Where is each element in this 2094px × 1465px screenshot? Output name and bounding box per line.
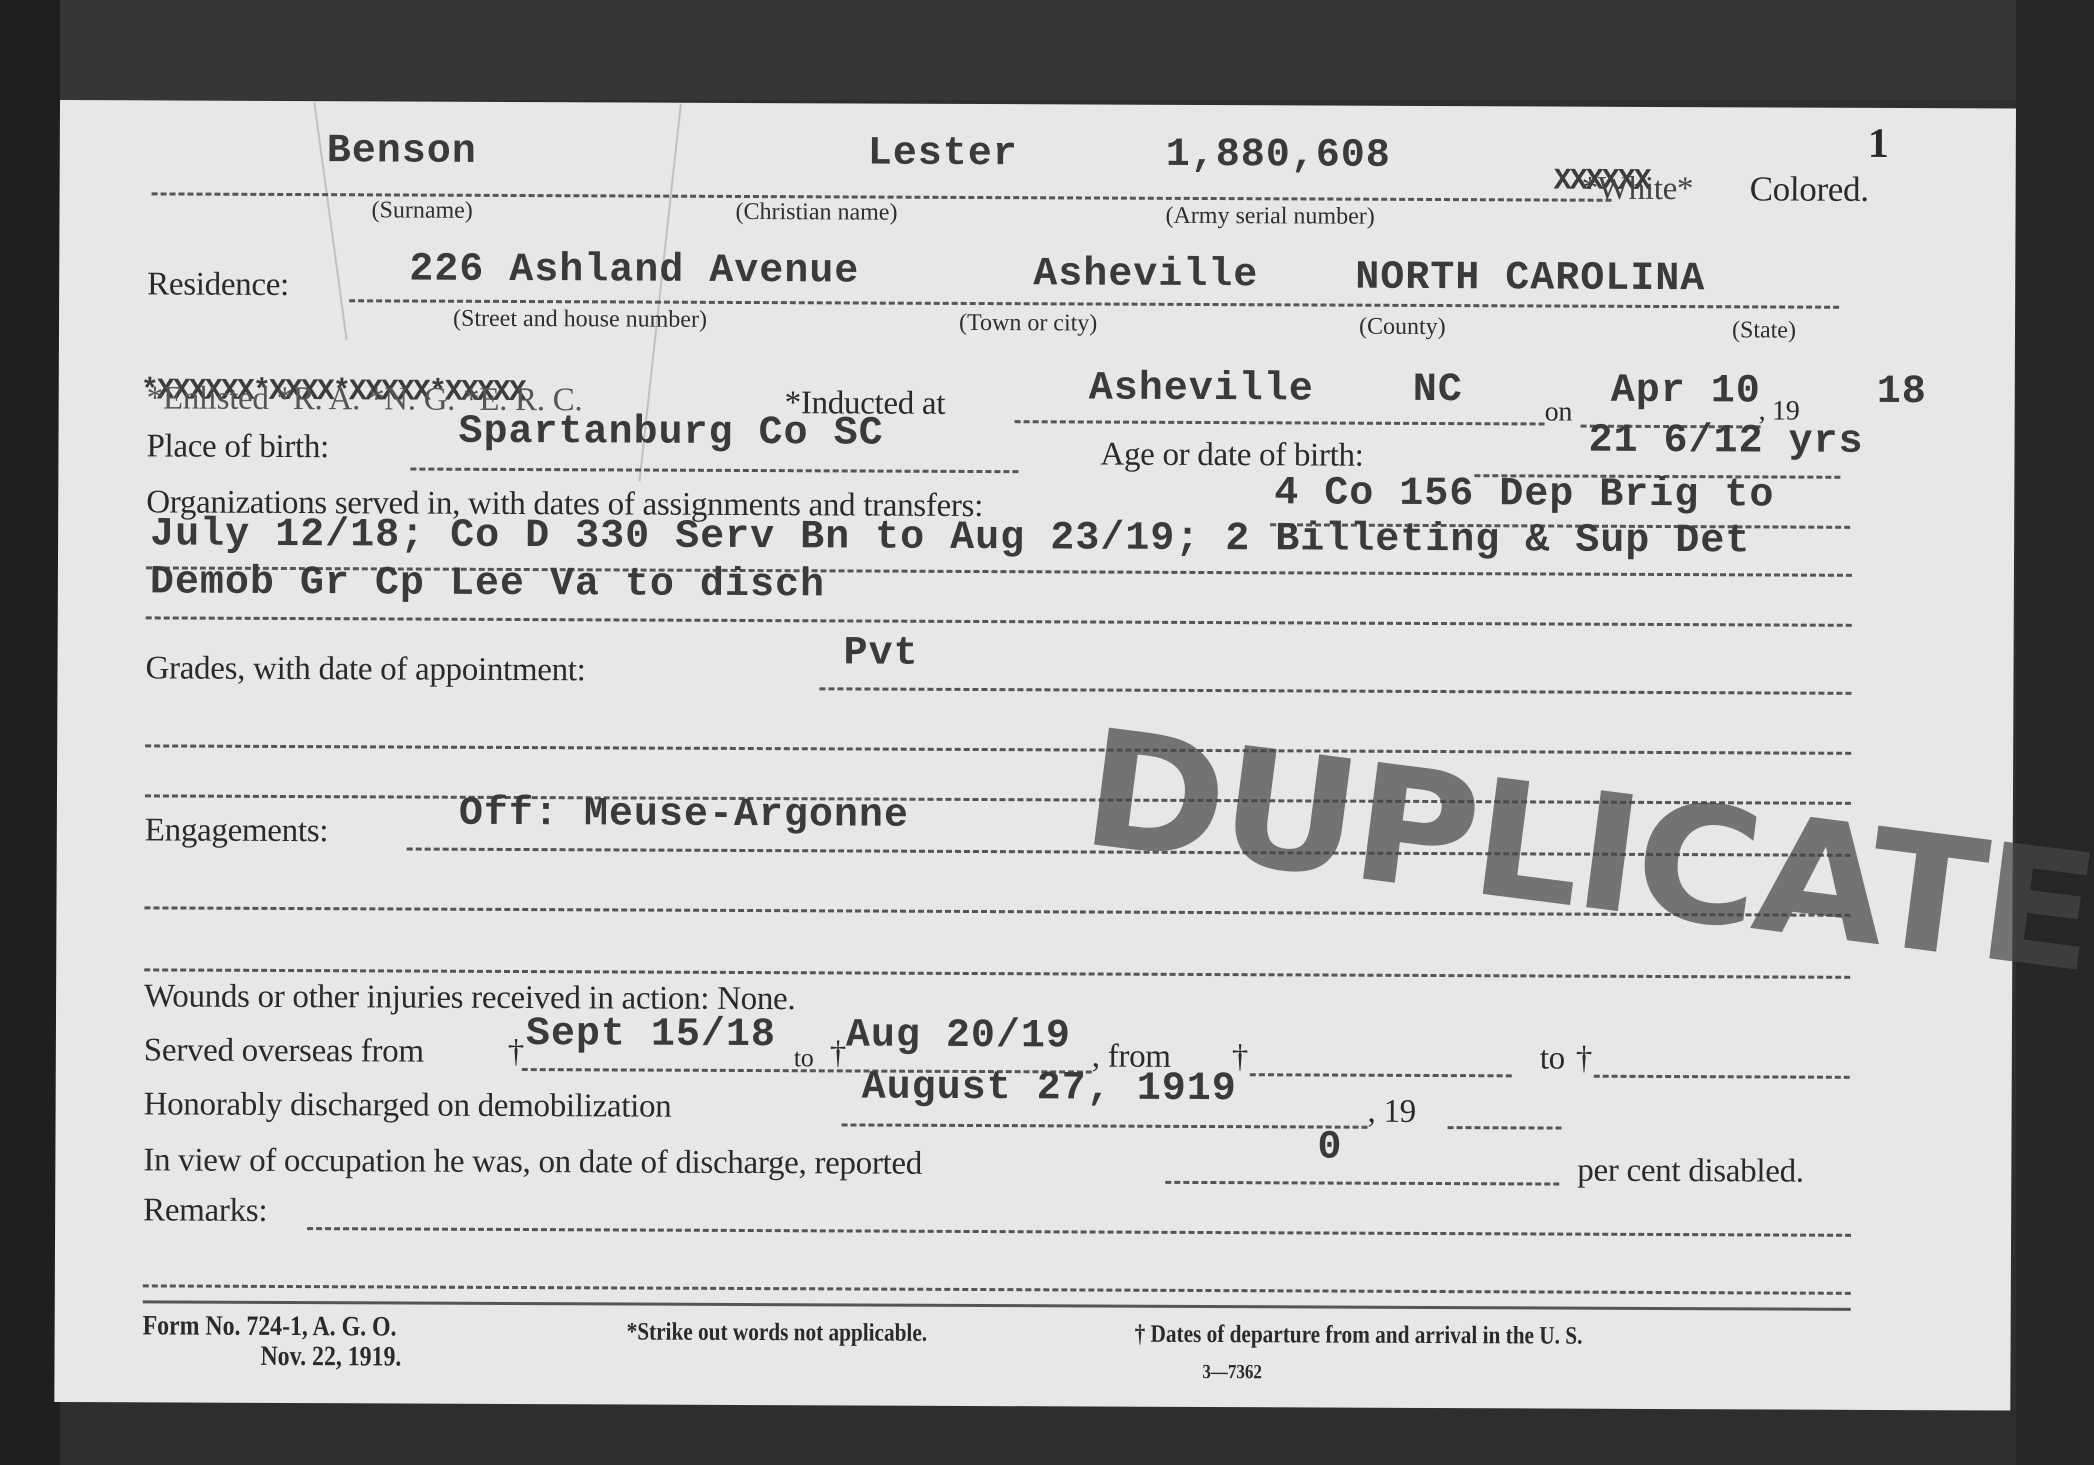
disability-value: 0 (1317, 1125, 1342, 1170)
disability-label: In view of occupation he was, on date of… (143, 1142, 922, 1182)
inducted-place-value: Asheville (1089, 366, 1314, 412)
street-sublabel: (Street and house number) (453, 306, 707, 334)
duplicate-stamp: DUPLICATE (1074, 695, 2094, 1010)
residence-town-value: Asheville (1033, 252, 1258, 298)
served-overseas-label: Served overseas from (144, 1032, 424, 1070)
inducted-at-line (1015, 420, 1545, 425)
discharge-label: Honorably discharged on demobilization (144, 1086, 672, 1125)
engagements-value: Off: Meuse-Argonne (459, 792, 909, 839)
remarks-label: Remarks: (143, 1192, 267, 1230)
overseas-from2-line (1250, 1073, 1512, 1077)
footer-rule (143, 1300, 1851, 1310)
place-of-birth-line (410, 468, 1018, 474)
overseas-to2-label: to (1540, 1040, 1565, 1077)
county-sublabel: (County) (1359, 314, 1446, 341)
organizations-line1-value: 4 Co 156 Dep Brig to (1274, 471, 1774, 518)
discharge-year-suffix: , 19 (1368, 1094, 1416, 1131)
induction-year-value: 18 (1877, 370, 1927, 415)
dagger-mark: † (508, 1034, 524, 1071)
grades-label: Grades, with date of appointment: (145, 650, 585, 689)
residence-county-value: NORTH CAROLINA (1355, 256, 1705, 303)
organizations-line3-value: Demob Gr Cp Lee Va to disch (150, 560, 825, 608)
place-of-birth-value: Spartanburg Co SC (458, 410, 883, 457)
overseas-to-label: to (794, 1043, 814, 1073)
print-code: 3—7362 (1202, 1361, 1262, 1384)
overseas-to-value: Aug 20/19 (846, 1013, 1071, 1059)
on-label: on (1545, 396, 1573, 428)
form-date: Nov. 22, 1919. (260, 1341, 401, 1374)
engagements-line-blank (144, 968, 1850, 978)
army-serial-number-value: 1,880,608 (1166, 133, 1391, 179)
army-serial-number-label: (Army serial number) (1165, 203, 1374, 231)
place-of-birth-label: Place of birth: (146, 428, 329, 466)
engagements-label: Engagements: (145, 812, 329, 850)
card-number: 1 (1868, 120, 1889, 168)
grades-value: Pvt (843, 631, 918, 676)
form-number: Form No. 724-1, A. G. O. (143, 1310, 397, 1343)
scan-background-left (0, 0, 60, 1465)
inducted-state-value: NC (1413, 368, 1463, 413)
christian-name-value: Lester (868, 132, 1018, 178)
race-white-struck: *White* (1582, 171, 1694, 208)
discharge-date-line (842, 1123, 1368, 1128)
residence-street-value: 226 Ashland Avenue (409, 248, 859, 295)
age-label: Age or date of birth: (1100, 437, 1363, 475)
scan-background-top (60, 0, 2016, 100)
disability-line (1165, 1181, 1559, 1186)
disability-suffix: per cent disabled. (1577, 1153, 1804, 1191)
residence-label: Residence: (147, 266, 289, 304)
strike-out-note: *Strike out words not applicable. (627, 1318, 928, 1347)
age-value: 21 6/12 yrs (1588, 419, 1863, 465)
remarks-line-blank (143, 1284, 1851, 1294)
state-sublabel: (State) (1732, 317, 1796, 344)
town-sublabel: (Town or city) (959, 310, 1097, 338)
overseas-to2-line (1594, 1075, 1850, 1079)
organizations-line2-value: July 12/18; Co D 330 Serv Bn to Aug 23/1… (150, 512, 1750, 564)
grades-line (819, 687, 1851, 695)
dates-note: † Dates of departure from and arrival in… (1135, 1321, 1583, 1351)
scan-background-right (2016, 0, 2094, 1465)
discharge-year-line (1448, 1126, 1562, 1129)
surname-value: Benson (327, 129, 477, 175)
christian-name-label: (Christian name) (735, 199, 897, 227)
remarks-line (307, 1227, 1851, 1237)
dagger-mark: † (830, 1035, 846, 1072)
race-colored: Colored. (1750, 169, 1869, 210)
discharge-date-value: August 27, 1919 (862, 1066, 1237, 1113)
dagger-mark: † (1576, 1041, 1592, 1078)
grades-line-blank (145, 744, 1851, 754)
organizations-line3 (146, 616, 1852, 626)
surname-label: (Surname) (371, 197, 472, 224)
induction-date-value: Apr 10 (1611, 369, 1761, 415)
overseas-from-value: Sept 15/18 (526, 1012, 776, 1058)
service-record-card: 1 Benson Lester 1,880,608 XXXXXX *White*… (54, 100, 2016, 1411)
